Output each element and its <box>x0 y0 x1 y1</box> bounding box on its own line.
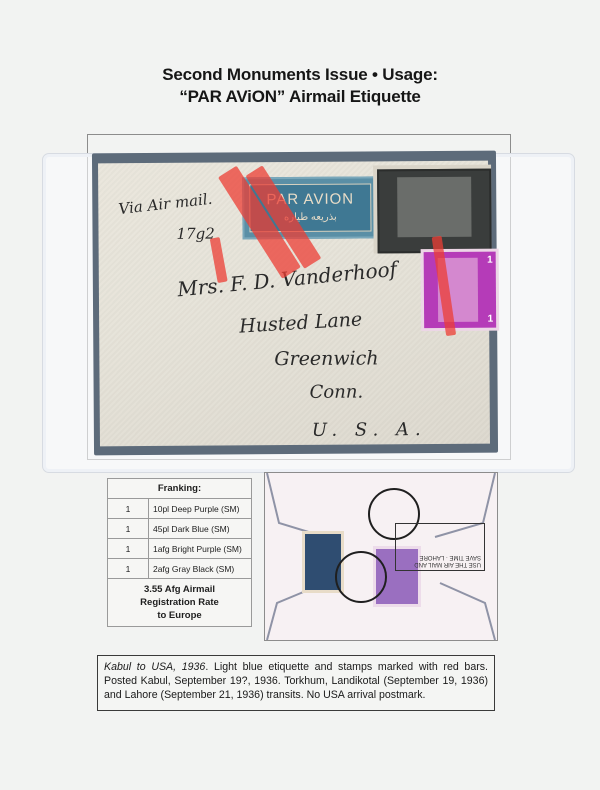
franking-header: Franking: <box>108 479 252 499</box>
title-line-2: “PAR AViON” Airmail Etiquette <box>0 86 600 108</box>
table-row: 1 45pl Dark Blue (SM) <box>108 519 252 539</box>
envelope-back: USE THE AIR MAIL AND SAVE TIME · LAHORE <box>264 472 498 641</box>
lahore-machine-cancel: USE THE AIR MAIL AND SAVE TIME · LAHORE <box>395 523 485 571</box>
page-title: Second Monuments Issue • Usage: “PAR AVi… <box>0 64 600 108</box>
caption-lead: Kabul to USA, 1936 <box>104 661 205 673</box>
address-country: U. S. A. <box>312 419 427 441</box>
address-city: Greenwich <box>274 347 378 370</box>
stamp-value-top: 1 <box>487 255 493 266</box>
address-street: Husted Lane <box>239 308 363 337</box>
table-row: 1 2afg Gray Black (SM) <box>108 559 252 579</box>
title-line-1: Second Monuments Issue • Usage: <box>0 64 600 86</box>
rate-line-3: to Europe <box>108 609 251 622</box>
envelope-face: Via Air mail. 17g2 Mrs. F. D. Vanderhoof… <box>98 161 490 447</box>
stamp-value-bottom: 1 <box>488 314 494 325</box>
rate-line-2: Registration Rate <box>108 596 251 609</box>
landi-kotal-postmark <box>335 551 387 603</box>
table-row: 1 10pl Deep Purple (SM) <box>108 499 252 519</box>
rate-line-1: 3.55 Afg Airmail <box>108 583 251 596</box>
caption-box: Kabul to USA, 1936. Light blue etiquette… <box>97 655 495 711</box>
route-endorsement: Via Air mail. <box>118 190 214 218</box>
envelope-front: Via Air mail. 17g2 Mrs. F. D. Vanderhoof… <box>92 151 498 456</box>
address-state: Conn. <box>310 382 364 403</box>
franking-table: Franking: 1 10pl Deep Purple (SM) 1 45pl… <box>107 478 252 627</box>
table-row: 1 1afg Bright Purple (SM) <box>108 539 252 559</box>
stamp-1afg-bright-purple: 1 1 <box>421 249 500 332</box>
rate-row: 3.55 Afg Airmail Registration Rate to Eu… <box>108 579 252 627</box>
monument-vignette-icon <box>397 177 471 238</box>
